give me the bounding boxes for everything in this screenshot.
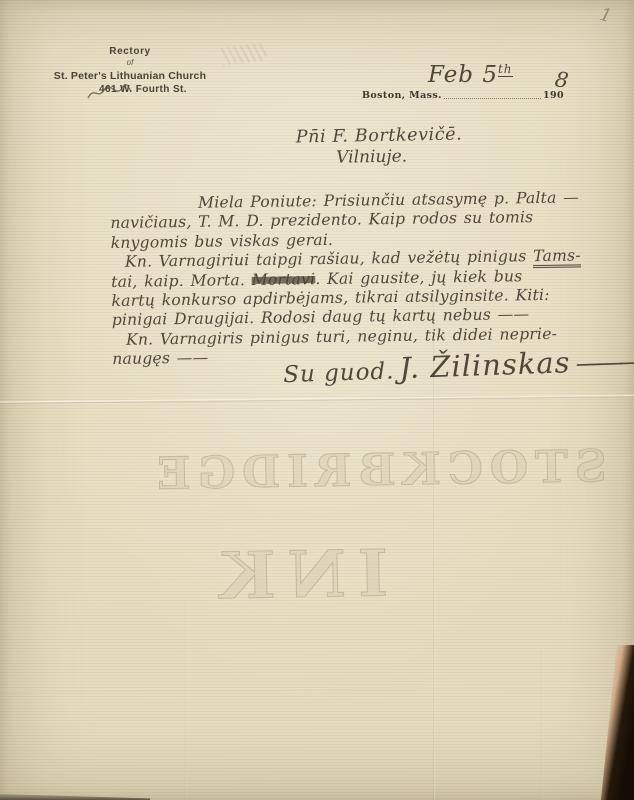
- letterhead-church-name: St. Peter's Lithuanian Church: [50, 70, 210, 82]
- letter-body: Miela Poniute: Prisiunčiu atsasymę p. Pa…: [110, 188, 586, 369]
- dateline-date-handwritten: Feb 5th: [428, 62, 513, 88]
- letterhead-rectory: Rectory: [50, 46, 210, 57]
- dateline: Boston, Mass. 190 Feb 5th 8: [362, 74, 564, 102]
- signature-name: J. Žilinskas: [399, 345, 571, 385]
- recipient-name: Pn̄i F. Bortkevičē.: [296, 125, 463, 148]
- date-day: Feb 5: [428, 62, 498, 88]
- recipient-block: Pn̄i F. Bortkevičē. Vilniuje.: [296, 125, 463, 169]
- body-line5-post: . Kai gausite, jų kiek bus: [315, 267, 522, 288]
- body-line5-pre: tai, kaip. Morta.: [111, 271, 252, 291]
- letterhead-address: 461 W. Fourth St.: [50, 84, 210, 95]
- scratched-out-word: Mortavi: [252, 270, 316, 289]
- dateline-year-digit-handwritten: 8: [553, 67, 570, 93]
- signature-flourish: ———: [575, 347, 634, 379]
- recipient-place: Vilniuje.: [336, 146, 463, 168]
- dateline-dotted-leader: [444, 97, 541, 99]
- dateline-printed-row: Boston, Mass. 190: [362, 90, 564, 102]
- signature-closing: Su guod.: [283, 358, 395, 388]
- paper-sheet: [0, 0, 634, 800]
- scanned-letter-page: STOCKBRIDGE INK 1 Rectory of St. Peter's…: [0, 0, 634, 800]
- letterhead: Rectory of St. Peter's Lithuanian Church…: [50, 46, 210, 95]
- body-line4-underlined-word: Tams-: [533, 247, 581, 269]
- dateline-city-printed: Boston, Mass.: [362, 90, 442, 102]
- date-ordinal-suffix: th: [498, 62, 513, 77]
- letterhead-of: of: [50, 58, 210, 67]
